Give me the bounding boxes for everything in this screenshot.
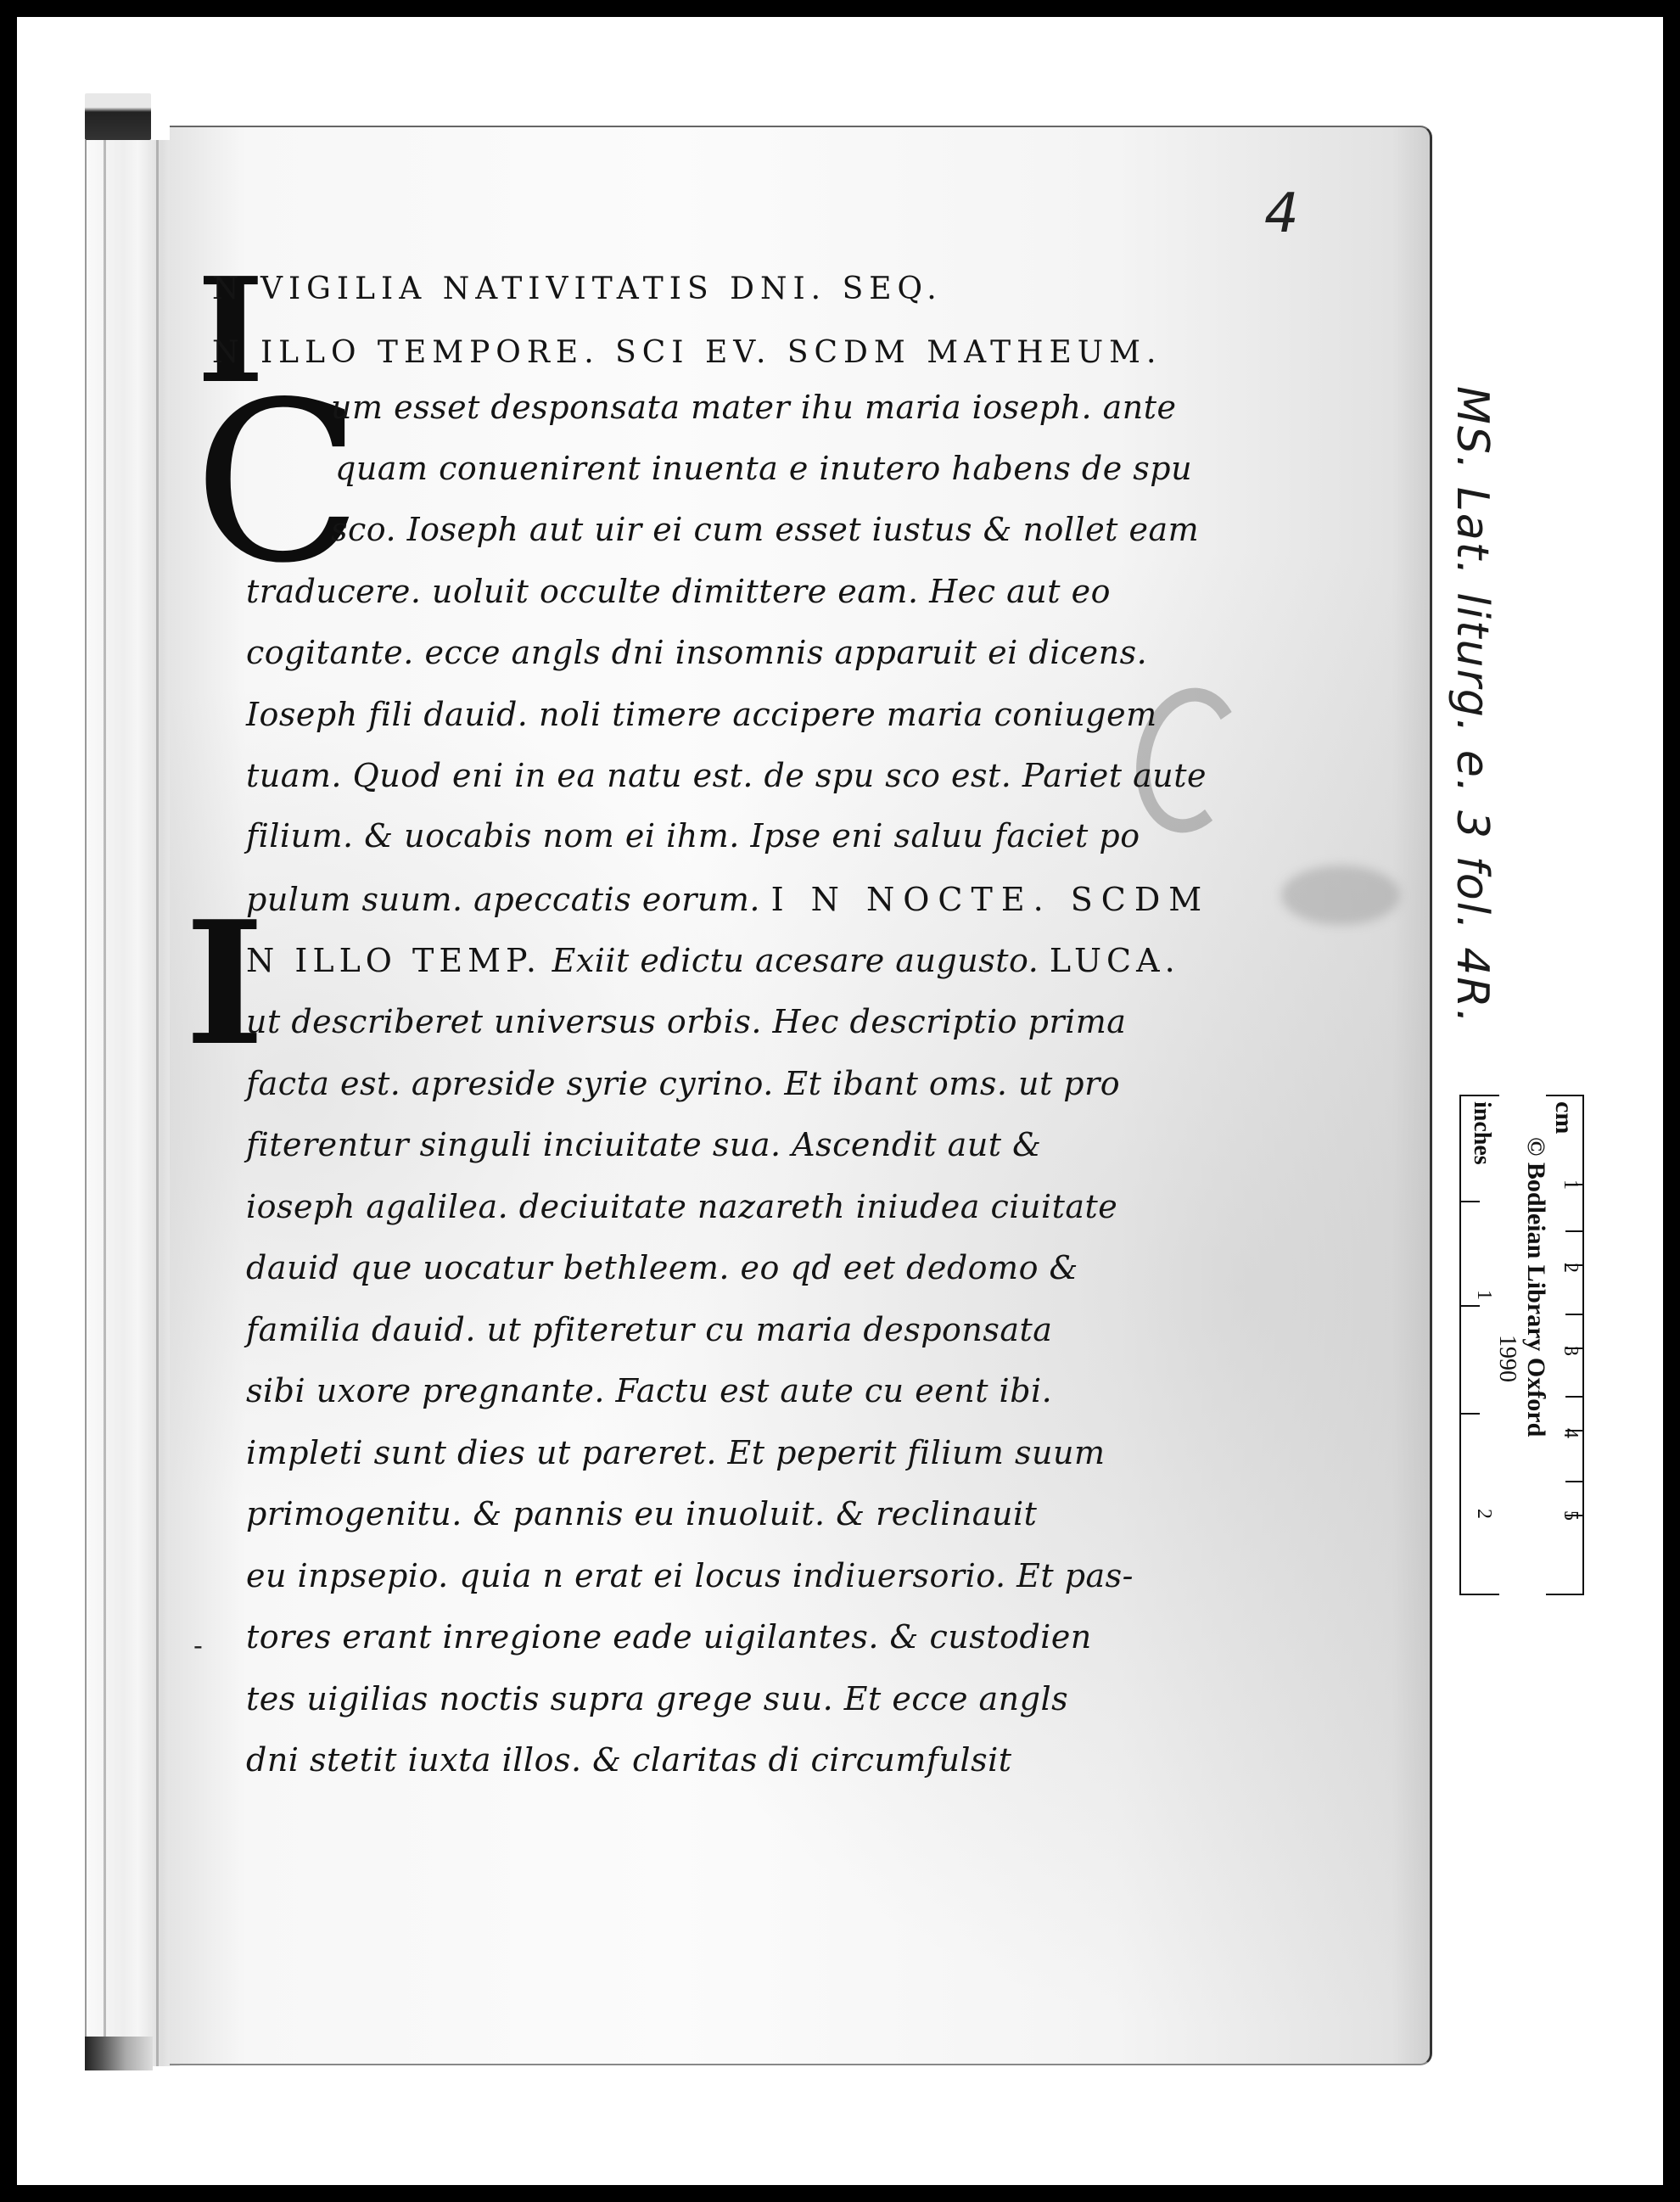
scale-ruler: cm inches © Bodleian Library Oxford 1990… xyxy=(1459,1095,1584,1595)
text-line: traducere. uoluit occulte dimittere eam.… xyxy=(246,573,1111,610)
ruler-edge xyxy=(1582,1095,1584,1595)
inch-tick xyxy=(1461,1201,1480,1202)
text-line: Ioseph fili dauid. noli timere accipere … xyxy=(246,696,1157,733)
text-segment: Exiit edictu acesare augusto. xyxy=(552,942,1039,979)
ruler-year: 1990 xyxy=(1493,1335,1520,1382)
cm-tick xyxy=(1565,1314,1584,1315)
ruler-edge xyxy=(1546,1095,1584,1096)
text-line: sco. Ioseph aut uir ei cum esset iustus … xyxy=(331,511,1199,548)
text-line: cogitante. ecce angls dni insomnis appar… xyxy=(246,634,1147,671)
cm-tick xyxy=(1565,1396,1584,1398)
ruler-copyright: © Bodleian Library Oxford xyxy=(1521,1137,1550,1437)
cm-number: 2 xyxy=(1559,1263,1582,1273)
cm-number: 3 xyxy=(1559,1346,1582,1356)
text-line: fiterentur singuli inciuitate sua. Ascen… xyxy=(246,1126,1041,1163)
shelfmark-annotation: MS. Lat. liturg. e. 3 fol. 4R. xyxy=(1447,386,1498,1025)
cm-tick xyxy=(1565,1481,1584,1482)
cm-number: 4 xyxy=(1559,1428,1582,1438)
text-line: familia dauid. ut pfiteretur cu maria de… xyxy=(246,1311,1052,1348)
text-line: ut describeret universus orbis. Hec desc… xyxy=(246,1003,1126,1040)
stain xyxy=(1281,866,1400,925)
text-line: um esset desponsata mater ihu maria iose… xyxy=(331,389,1177,426)
marginal-dash: - xyxy=(193,1629,203,1661)
rubric-segment: LUCA. xyxy=(1050,942,1180,979)
text-segment: pulum suum. apeccatis eorum. xyxy=(246,881,760,918)
ruler-inches-label: inches xyxy=(1468,1101,1495,1165)
text-line: dauid que uocatur bethleem. eo qd eet de… xyxy=(246,1249,1078,1286)
binding-tab-top xyxy=(85,93,151,140)
rubric-segment: I N NOCTE. SCDM xyxy=(771,881,1211,918)
binding-fold-line xyxy=(104,140,106,2066)
text-line: tes uigilias noctis supra grege suu. Et … xyxy=(246,1680,1068,1717)
cm-number: 1 xyxy=(1559,1179,1582,1190)
text-line: facta est. apreside syrie cyrino. Et iba… xyxy=(246,1065,1120,1102)
decorated-initial-i-second: I xyxy=(185,899,265,1069)
text-line: impleti sunt dies ut pareret. Et peperit… xyxy=(246,1434,1106,1471)
binding-gutter xyxy=(85,140,180,2066)
binding-fold-line xyxy=(156,140,159,2066)
ruler-cm-label: cm xyxy=(1549,1101,1578,1134)
text-line: dni stetit iuxta illos. & claritas di ci… xyxy=(246,1741,1012,1779)
text-line: pulum suum. apeccatis eorum. I N NOCTE. … xyxy=(246,881,1210,918)
text-line: tuam. Quod eni in ea natu est. de spu sc… xyxy=(246,757,1207,794)
inch-number: 2 xyxy=(1472,1509,1495,1519)
text-line: N ILLO TEMP. Exiit edictu acesare august… xyxy=(246,942,1180,979)
ruler-edge xyxy=(1461,1594,1499,1595)
rubric-line: N VIGILIA NATIVITATIS DNI. SEQ. xyxy=(212,272,943,306)
text-line: sibi uxore pregnante. Factu est aute cu … xyxy=(246,1372,1052,1409)
text-line: primogenitu. & pannis eu inuoluit. & rec… xyxy=(246,1495,1037,1532)
inch-tick xyxy=(1461,1305,1480,1307)
inch-number: 1 xyxy=(1472,1290,1495,1300)
text-line: quam conuenirent inuenta e inutero haben… xyxy=(335,450,1192,487)
folio-number: 4 xyxy=(1264,182,1299,245)
cm-number: 5 xyxy=(1559,1510,1582,1521)
text-line: eu inpsepio. quia n erat ei locus indiue… xyxy=(246,1557,1134,1594)
binding-tab-bottom xyxy=(85,2037,153,2070)
ruler-edge xyxy=(1461,1095,1499,1096)
rubric-segment: N ILLO TEMP. xyxy=(246,942,541,979)
cm-tick xyxy=(1565,1230,1584,1232)
text-line: ioseph agalilea. deciuitate nazareth ini… xyxy=(246,1188,1117,1225)
inch-tick xyxy=(1461,1413,1480,1415)
rubric-line: N ILLO TEMPORE. SCI EV. SCDM MATHEUM. xyxy=(212,335,1162,370)
text-line: tores erant inregione eade uigilantes. &… xyxy=(246,1618,1092,1656)
ruler-edge xyxy=(1546,1594,1584,1595)
text-line: filium. & uocabis nom ei ihm. Ipse eni s… xyxy=(246,817,1140,854)
